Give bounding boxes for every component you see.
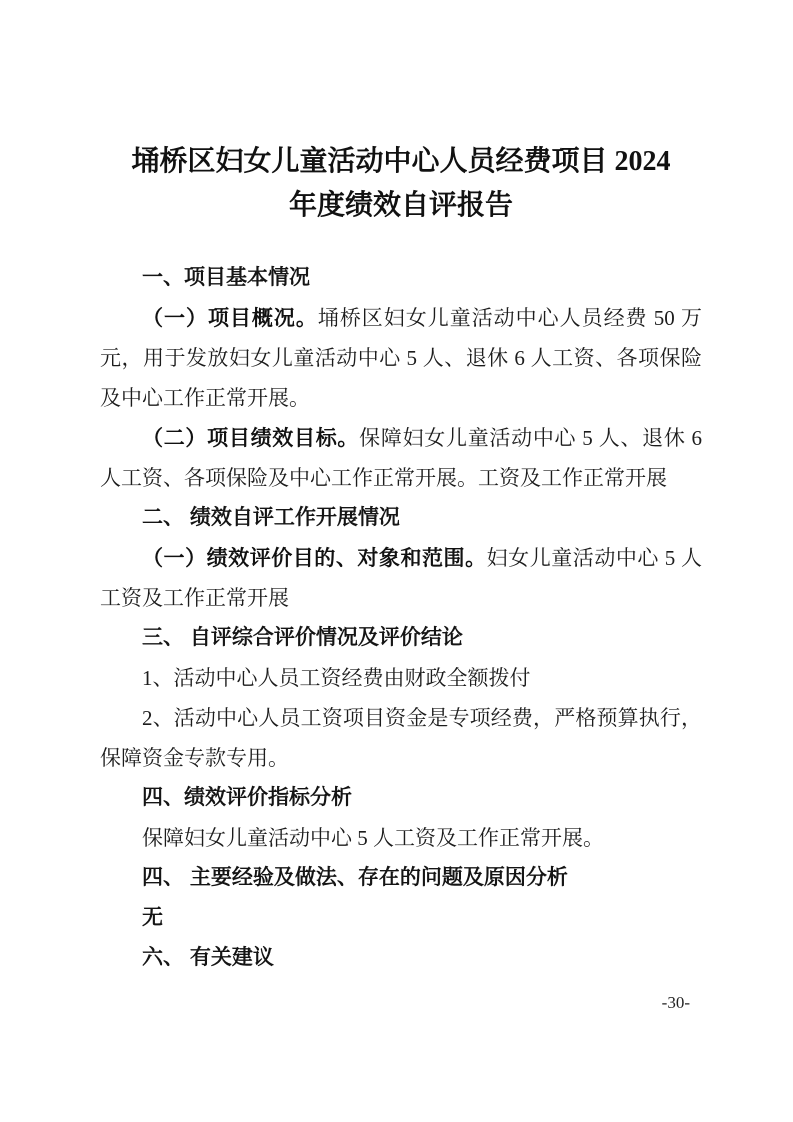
document-page: 埇桥区妇女儿童活动中心人员经费项目 2024 年度绩效自评报告 一、项目基本情况…	[0, 0, 793, 1122]
section-heading-3: 三、 自评综合评价情况及评价结论	[100, 618, 702, 658]
section-heading-5: 四、 主要经验及做法、存在的问题及原因分析	[100, 858, 702, 898]
paragraph-project-overview: （一）项目概况。埇桥区妇女儿童活动中心人员经费 50 万元，用于发放妇女儿童活动…	[100, 298, 702, 418]
paragraph-text: 1、活动中心人员工资经费由财政全额拨付	[142, 666, 531, 690]
title-line-2: 年度绩效自评报告	[100, 184, 702, 228]
paragraph-none: 无	[100, 898, 702, 938]
paragraph-lead: （一）项目概况。	[142, 306, 318, 330]
section-heading-1: 一、项目基本情况	[100, 258, 702, 298]
paragraph-performance-goal: （二）项目绩效目标。保障妇女儿童活动中心 5 人、退休 6 人工资、各项保险及中…	[100, 418, 702, 498]
paragraph-indicator-analysis: 保障妇女儿童活动中心 5 人工资及工作正常开展。	[100, 818, 702, 858]
list-item-1: 1、活动中心人员工资经费由财政全额拨付	[100, 658, 702, 698]
heading-text: 一、项目基本情况	[142, 266, 310, 289]
page-number: -30-	[662, 992, 690, 1014]
paragraph-lead: （二）项目绩效目标。	[142, 426, 359, 450]
paragraph-text: 保障妇女儿童活动中心 5 人工资及工作正常开展。	[142, 826, 604, 850]
heading-text: 四、 主要经验及做法、存在的问题及原因分析	[142, 866, 568, 889]
heading-text: 无	[142, 906, 163, 929]
document-body: 一、项目基本情况 （一）项目概况。埇桥区妇女儿童活动中心人员经费 50 万元，用…	[100, 258, 702, 978]
section-heading-6: 六、 有关建议	[100, 938, 702, 978]
paragraph-evaluation-scope: （一）绩效评价目的、对象和范围。妇女儿童活动中心 5 人工资及工作正常开展	[100, 538, 702, 618]
heading-text: 六、 有关建议	[142, 946, 274, 969]
list-item-2: 2、活动中心人员工资项目资金是专项经费，严格预算执行，保障资金专款专用。	[100, 698, 702, 778]
heading-text: 二、 绩效自评工作开展情况	[142, 506, 400, 529]
paragraph-text: 2、活动中心人员工资项目资金是专项经费，严格预算执行，保障资金专款专用。	[100, 706, 702, 770]
heading-text: 三、 自评综合评价情况及评价结论	[142, 626, 463, 649]
section-heading-4: 四、绩效评价指标分析	[100, 778, 702, 818]
section-heading-2: 二、 绩效自评工作开展情况	[100, 498, 702, 538]
title-line-1: 埇桥区妇女儿童活动中心人员经费项目 2024	[100, 140, 702, 184]
document-title: 埇桥区妇女儿童活动中心人员经费项目 2024 年度绩效自评报告	[100, 140, 702, 228]
paragraph-lead: （一）绩效评价目的、对象和范围。	[142, 546, 487, 570]
heading-text: 四、绩效评价指标分析	[142, 786, 352, 809]
